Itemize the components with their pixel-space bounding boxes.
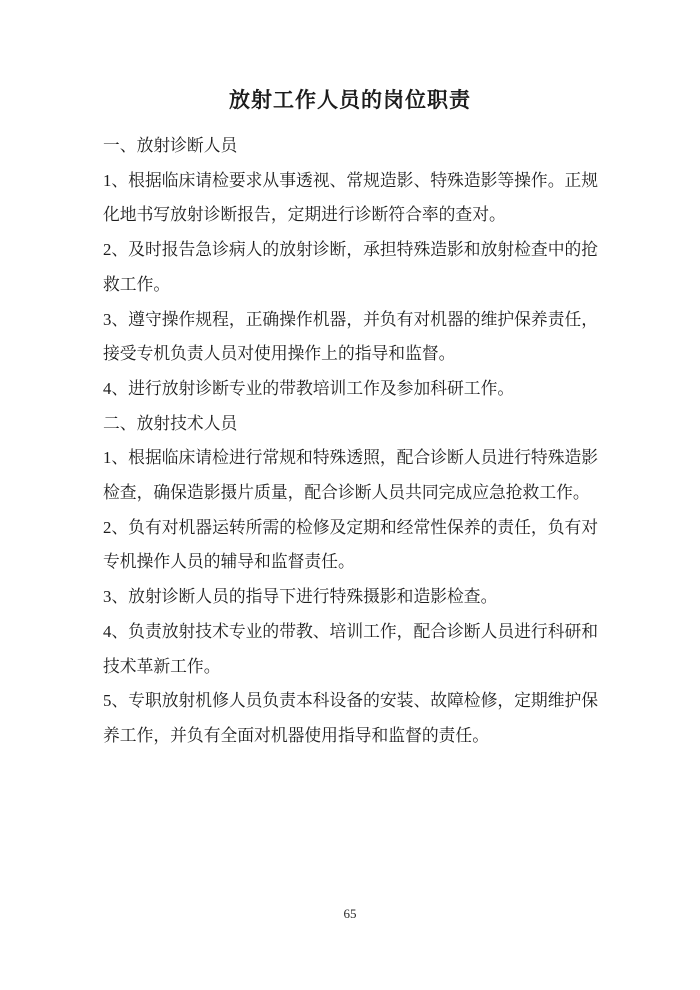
text-line: 技术革新工作。 bbox=[103, 650, 600, 685]
text-line: 4、负责放射技术专业的带教、培训工作，配合诊断人员进行科研和 bbox=[103, 615, 600, 650]
text-line: 化地书写放射诊断报告，定期进行诊断符合率的查对。 bbox=[103, 198, 600, 233]
text-line: 专机操作人员的辅导和监督责任。 bbox=[103, 545, 600, 580]
text-line: 4、进行放射诊断专业的带教培训工作及参加科研工作。 bbox=[103, 372, 600, 407]
paragraph-body: 1、根据临床请检进行常规和特殊透照，配合诊断人员进行特殊造影检查，确保造影摄片质… bbox=[103, 441, 600, 510]
text-line: 3、遵守操作规程，正确操作机器，并负有对机器的维护保养责任， bbox=[103, 303, 600, 338]
document-page: 放射工作人员的岗位职责 一、放射诊断人员1、根据临床请检要求从事透视、常规造影、… bbox=[0, 0, 700, 990]
paragraph-body: 2、及时报告急诊病人的放射诊断，承担特殊造影和放射检查中的抢救工作。 bbox=[103, 233, 600, 302]
page-number: 65 bbox=[0, 905, 700, 923]
paragraph-body: 4、负责放射技术专业的带教、培训工作，配合诊断人员进行科研和技术革新工作。 bbox=[103, 615, 600, 684]
text-line: 救工作。 bbox=[103, 268, 600, 303]
paragraph-section-heading: 一、放射诊断人员 bbox=[103, 129, 600, 164]
text-line: 接受专机负责人员对使用操作上的指导和监督。 bbox=[103, 337, 600, 372]
text-line: 5、专职放射机修人员负责本科设备的安装、故障检修，定期维护保 bbox=[103, 684, 600, 719]
text-line: 1、根据临床请检要求从事透视、常规造影、特殊造影等操作。正规 bbox=[103, 164, 600, 199]
text-line: 2、及时报告急诊病人的放射诊断，承担特殊造影和放射检查中的抢 bbox=[103, 233, 600, 268]
paragraph-body: 1、根据临床请检要求从事透视、常规造影、特殊造影等操作。正规化地书写放射诊断报告… bbox=[103, 164, 600, 233]
paragraph-body: 4、进行放射诊断专业的带教培训工作及参加科研工作。 bbox=[103, 372, 600, 407]
paragraph-section-heading: 二、放射技术人员 bbox=[103, 407, 600, 442]
text-line: 检查，确保造影摄片质量，配合诊断人员共同完成应急抢救工作。 bbox=[103, 476, 600, 511]
text-line: 2、负有对机器运转所需的检修及定期和经常性保养的责任，负有对 bbox=[103, 511, 600, 546]
text-line: 一、放射诊断人员 bbox=[103, 129, 600, 164]
document-title: 放射工作人员的岗位职责 bbox=[0, 84, 700, 116]
text-line: 养工作，并负有全面对机器使用指导和监督的责任。 bbox=[103, 719, 600, 754]
paragraph-body: 2、负有对机器运转所需的检修及定期和经常性保养的责任，负有对专机操作人员的辅导和… bbox=[103, 511, 600, 580]
paragraph-body: 3、遵守操作规程，正确操作机器，并负有对机器的维护保养责任，接受专机负责人员对使… bbox=[103, 303, 600, 372]
paragraph-body: 3、放射诊断人员的指导下进行特殊摄影和造影检查。 bbox=[103, 580, 600, 615]
text-line: 1、根据临床请检进行常规和特殊透照，配合诊断人员进行特殊造影 bbox=[103, 441, 600, 476]
paragraph-body: 5、专职放射机修人员负责本科设备的安装、故障检修，定期维护保养工作，并负有全面对… bbox=[103, 684, 600, 753]
document-body: 一、放射诊断人员1、根据临床请检要求从事透视、常规造影、特殊造影等操作。正规化地… bbox=[103, 129, 600, 754]
text-line: 二、放射技术人员 bbox=[103, 407, 600, 442]
text-line: 3、放射诊断人员的指导下进行特殊摄影和造影检查。 bbox=[103, 580, 600, 615]
